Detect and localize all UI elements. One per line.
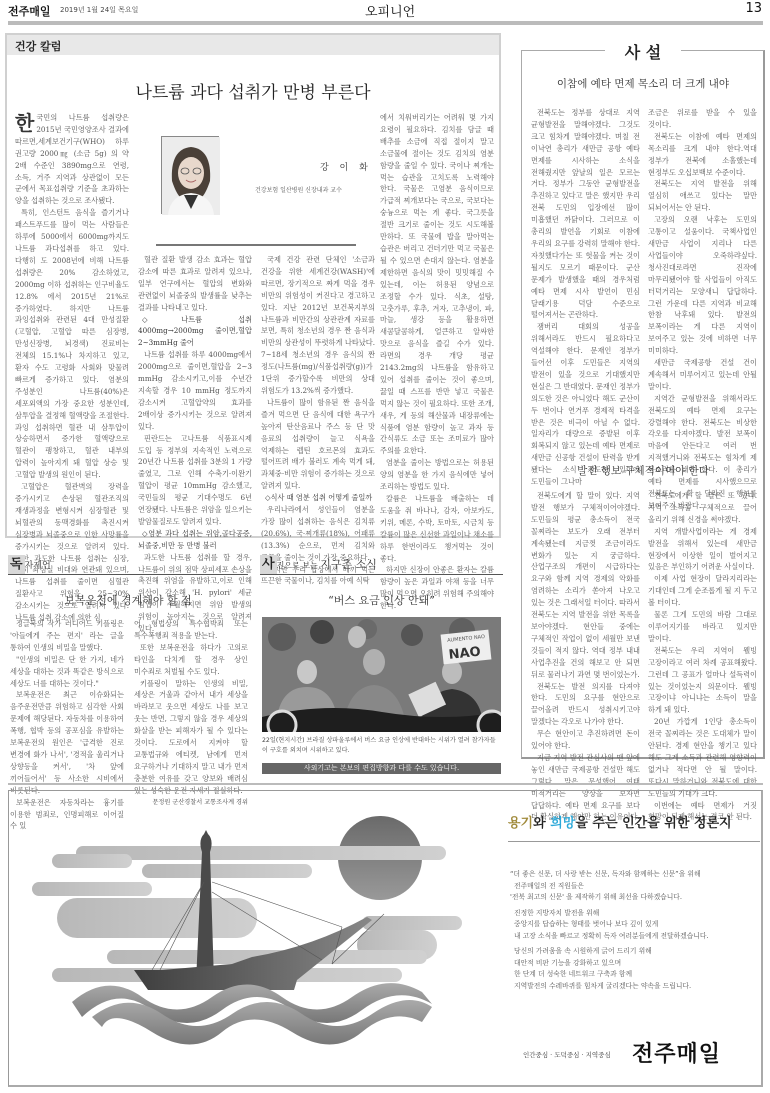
photo-news-initial: 사 [260, 555, 277, 574]
editorial1-col2: 조금은 위로를 받을 수 있을 것이다. 전북도는 이참에 예타 면제의 목소리… [648, 107, 757, 512]
protest-crowd-image: AUMENTO NAO NAO [262, 617, 501, 732]
section-divider [8, 783, 763, 785]
author-photo [161, 136, 219, 214]
reader-column-initial: 독 [8, 555, 25, 574]
protest-photo: AUMENTO NAO NAO [262, 617, 501, 732]
photo-divider [156, 244, 356, 246]
masthead-paper-name: 전주매일 [8, 3, 51, 19]
slogan-divider [508, 841, 760, 842]
health-column-title: 나트륨 과다 섭취가 만병 부른다 [7, 78, 499, 103]
paper-logo: 전주매일 [632, 1037, 721, 1068]
promo-illustration [12, 812, 482, 1062]
editorial2-col2: 전북도에게 할 말은 또 있다. 지역 소득을 구체적으로 끌어 올리기 위해 … [648, 490, 757, 823]
editorial-label: 사 설 [605, 40, 681, 63]
masthead-date: 2019년 1월 24일 목요일 [60, 5, 138, 15]
reader-column-title: 보복운전에 경계해야 할 점 [8, 592, 248, 608]
photo-caption: 22일(현지시간) 브라질 상파울루에서 버스 요금 인상에 반대하는 시위가 … [262, 736, 501, 756]
reader-column-header: 독자제언 [8, 555, 248, 575]
editorial-title-2: 발전 행보 구체적이어야 한다 [523, 463, 763, 478]
reader-column-label: 자제언 [25, 561, 51, 571]
editorial1-col1: 전북도는 정부를 상대로 지역 균형발전을 말해야겠다. 그것도 크고 힘차게 … [531, 107, 640, 488]
health-col3: 국제 건강 관련 단체인 '소금과 건강을 위한 세계건강(WASH)'에 따르… [261, 254, 375, 587]
page-number: 13 [745, 1, 762, 16]
disclaimer-banner: 사외기고는 본보의 편집방향과 다를 수도 있습니다. [262, 763, 501, 774]
health-column-header: 건강 칼럼 [7, 35, 499, 55]
photo-news-header: 사진으로 보는 지구촌 소식 [260, 555, 503, 575]
promo-slogan: 용기와 희망을 주는 인간을 위한 정론지 [508, 812, 732, 831]
photo-news-title: “버스 요금 인상 안돼” [260, 592, 503, 608]
author-name: 강 이 화 [320, 160, 372, 173]
promo-pledge: “더 좋은 신문, 더 사랑 받는 신문, 독자와 함께하는 신문”을 위해 전… [510, 869, 765, 996]
masthead-rule [8, 21, 763, 25]
ship-pen-illustration-icon [12, 812, 482, 1062]
masthead-section: 오피니언 [365, 1, 415, 20]
health-col4: 에서 치워버리기는 어려워 몇 가지 요령이 필요하다. 김치를 담글 때 배추… [380, 112, 494, 612]
editorial-title-1: 이참에 예타 면제 목소리 더 크게 내야 [523, 76, 763, 91]
drop-cap: 한 [15, 112, 34, 134]
editorial2-col1: 전북도에게 할 말이 있다. 지역 발전 행보가 구체적이어야겠다. 도민들의 … [531, 490, 640, 823]
author-title: 건강보험 일산병원 신장내과 교수 [255, 185, 342, 194]
author-portrait-icon [162, 137, 220, 215]
reader-col2: 어 형법상의 특수협박죄 또는 특수폭행죄 적용을 받는다. 또한 보복운전을 … [134, 618, 248, 809]
health-col1: 한국민의 나트륨 섭취량은 2015년 국민영양조사 결과에 따르면,세계보건기… [15, 112, 129, 624]
promo-motto: 인간중심 · 도덕중심 · 지역중심 [523, 1050, 611, 1059]
health-col2: 혈관 질환 발생 감소 효과는 혈압 감소에 따른 효과로 알려져 있으나, 일… [138, 254, 252, 635]
